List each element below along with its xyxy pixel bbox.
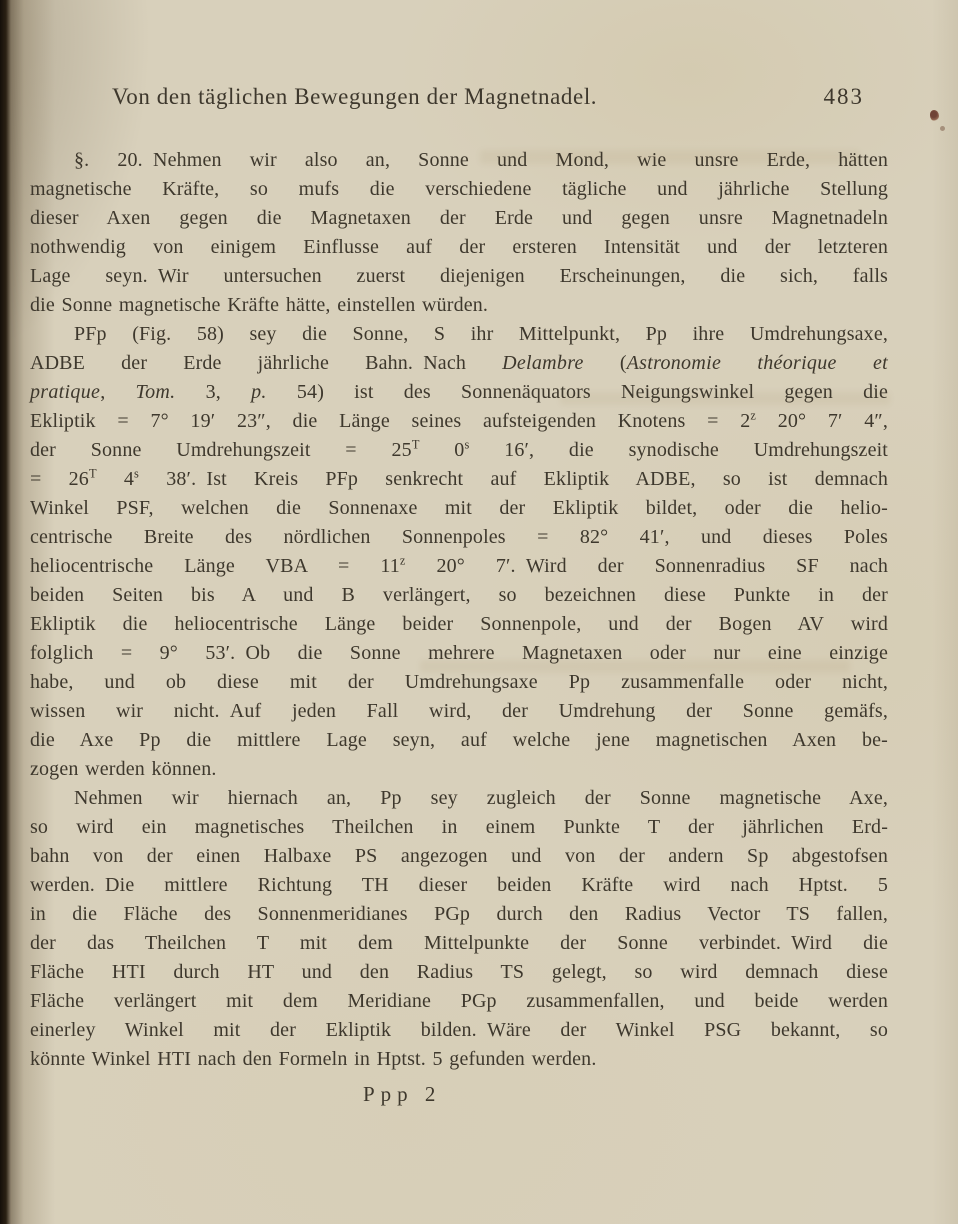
page-title: Von den täglichen Bewegungen der Magnetn… xyxy=(112,84,597,110)
text-line: Lage seyn. Wir untersuchen zuerst diejen… xyxy=(30,262,888,291)
page-body: §. 20. Nehmen wir also an, Sonne und Mon… xyxy=(30,146,888,1074)
text-line: Ekliptik die heliocentrische Länge beide… xyxy=(30,610,888,639)
text-line: könnte Winkel HTI nach den Formeln in Hp… xyxy=(30,1045,888,1074)
text-line: dieser Axen gegen die Magnetaxen der Erd… xyxy=(30,204,888,233)
text-line: PFp (Fig. 58) sey die Sonne, S ihr Mitte… xyxy=(30,320,888,349)
ink-speck xyxy=(930,110,939,121)
text-line: der Sonne Umdrehungszeit = 25T 0s 16′, d… xyxy=(30,436,888,465)
text-line: centrische Breite des nördlichen Sonnenp… xyxy=(30,523,888,552)
text-line: Ekliptik = 7° 19′ 23″, die Länge seines … xyxy=(30,407,888,436)
text-line: einerley Winkel mit der Ekliptik bilden.… xyxy=(30,1016,888,1045)
ink-speck xyxy=(940,126,945,131)
book-page: Von den täglichen Bewegungen der Magnetn… xyxy=(0,0,958,1224)
text-line: nothwendig von einigem Einflusse auf der… xyxy=(30,233,888,262)
text-line: heliocentrische Länge VBA = 11z 20° 7′. … xyxy=(30,552,888,581)
text-line: in die Fläche des Sonnenmeridianes PGp d… xyxy=(30,900,888,929)
text-line: wissen wir nicht. Auf jeden Fall wird, d… xyxy=(30,697,888,726)
text-line: Fläche verlängert mit dem Meridiane PGp … xyxy=(30,987,888,1016)
page-number: 483 xyxy=(824,84,865,110)
text-line: habe, und ob diese mit der Umdrehungsaxe… xyxy=(30,668,888,697)
text-line: bahn von der einen Halbaxe PS angezogen … xyxy=(30,842,888,871)
text-line: beiden Seiten bis A und B verlängert, so… xyxy=(30,581,888,610)
text-line: folglich = 9° 53′. Ob die Sonne mehrere … xyxy=(30,639,888,668)
page-content: Von den täglichen Bewegungen der Magnetn… xyxy=(30,0,888,1224)
text-line: pratique, Tom. 3, p. 54) ist des Sonnenä… xyxy=(30,378,888,407)
text-line: = 26T 4s 38′. Ist Kreis PFp senkrecht au… xyxy=(30,465,888,494)
text-line: Winkel PSF, welchen die Sonnenaxe mit de… xyxy=(30,494,888,523)
text-line: magnetische Kräfte, so mufs die verschie… xyxy=(30,175,888,204)
text-line: so wird ein magnetisches Theilchen in ei… xyxy=(30,813,888,842)
text-line: zogen werden können. xyxy=(30,755,888,784)
text-line: der das Theilchen T mit dem Mittelpunkte… xyxy=(30,929,888,958)
text-line: die Axe Pp die mittlere Lage seyn, auf w… xyxy=(30,726,888,755)
text-line: werden. Die mittlere Richtung TH dieser … xyxy=(30,871,888,900)
text-line: Fläche HTI durch HT und den Radius TS ge… xyxy=(30,958,888,987)
running-header: Von den täglichen Bewegungen der Magnetn… xyxy=(30,84,888,110)
text-line: Nehmen wir hiernach an, Pp sey zugleich … xyxy=(30,784,888,813)
signature-mark: Ppp 2 xyxy=(363,1082,441,1107)
text-line: §. 20. Nehmen wir also an, Sonne und Mon… xyxy=(30,146,888,175)
text-line: die Sonne magnetische Kräfte hätte, eins… xyxy=(30,291,888,320)
text-line: ADBE der Erde jährliche Bahn. Nach Delam… xyxy=(30,349,888,378)
